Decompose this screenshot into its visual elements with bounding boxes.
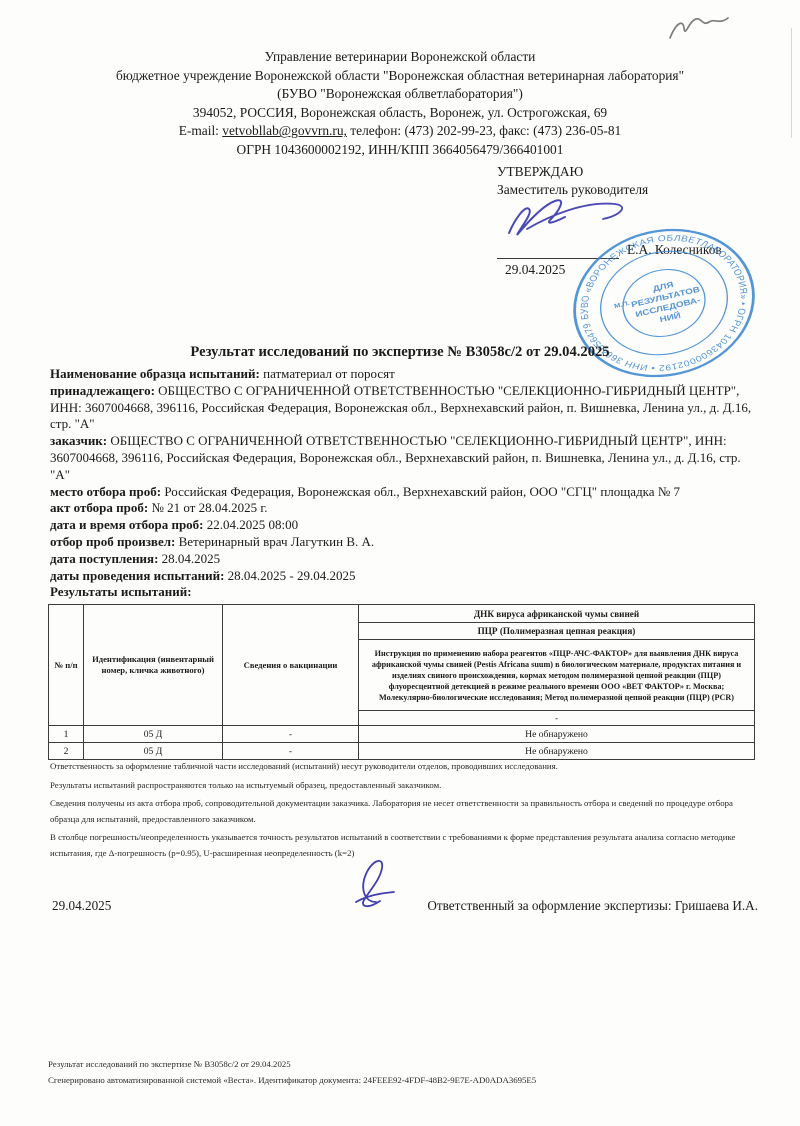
approve-word: УТВЕРЖДАЮ: [497, 163, 777, 181]
org-ogrn-inn: ОГРН 1043600002192, ИНН/КПП 3664056479/3…: [0, 141, 800, 160]
footnote-uncertainty: В столбце погрешность/неопределенность у…: [50, 830, 764, 861]
field-receipt-date: дата поступления: 28.04.2025: [50, 551, 762, 568]
org-name-line3: (БУВО "Воронежская облветлаборатория"): [0, 85, 800, 104]
handwritten-pencil-mark: [662, 8, 754, 50]
field-label: Наименование образца испытаний:: [50, 366, 260, 381]
field-value: 28.04.2025: [162, 551, 221, 566]
field-owner: принадлежащего: ОБЩЕСТВО С ОГРАНИЧЕННОЙ …: [50, 383, 762, 433]
footnote-sampling-info: Сведения получены из акта отбора проб, с…: [50, 796, 764, 827]
field-label: принадлежащего:: [50, 383, 155, 398]
field-label: даты проведения испытаний:: [50, 568, 224, 583]
field-sample-name: Наименование образца испытаний: патматер…: [50, 366, 762, 383]
row-num: 1: [49, 726, 84, 743]
field-sampling-place: место отбора проб: Российская Федерация,…: [50, 484, 762, 501]
signoff-row: 29.04.2025 Ответственный за оформление э…: [52, 898, 758, 914]
footer-expertise-line: Результат исследований по экспертизе № В…: [48, 1057, 760, 1073]
results-table: № п/п Идентификация (инвентарный номер, …: [48, 604, 755, 760]
org-name-line2: бюджетное учреждение Воронежской области…: [0, 67, 800, 86]
field-label: дата и время отбора проб:: [50, 517, 204, 532]
footnote-scope: Результаты испытаний распространяются то…: [50, 778, 764, 794]
field-value: Ветеринарный врач Лагуткин В. А.: [179, 534, 375, 549]
org-header: Управление ветеринарии Воронежской облас…: [0, 48, 800, 160]
org-address: 394052, РОССИЯ, Воронежская область, Вор…: [0, 104, 800, 123]
field-label: акт отбора проб:: [50, 500, 148, 515]
document-title: Результат исследований по экспертизе № В…: [0, 344, 800, 361]
field-value: ОБЩЕСТВО С ОГРАНИЧЕННОЙ ОТВЕТСТВЕННОСТЬЮ…: [50, 383, 751, 432]
header-units: -: [359, 711, 755, 726]
field-results-heading: Результаты испытаний:: [50, 584, 762, 601]
org-name-line1: Управление ветеринарии Воронежской облас…: [0, 48, 800, 67]
footer-generated-line: Сгенерировано автоматизированной системо…: [48, 1073, 760, 1089]
field-label: Результаты испытаний:: [50, 584, 192, 599]
field-sampling-act: акт отбора проб: № 21 от 28.04.2025 г.: [50, 500, 762, 517]
org-contacts: E-mail: vetvobllab@govvrn.ru, телефон: (…: [0, 122, 800, 141]
email-label: E-mail:: [179, 123, 219, 138]
row-num: 2: [49, 743, 84, 760]
field-sampling-datetime: дата и время отбора проб: 22.04.2025 08:…: [50, 517, 762, 534]
field-sampler: отбор проб произвел: Ветеринарный врач Л…: [50, 534, 762, 551]
signoff-date: 29.04.2025: [52, 898, 111, 914]
phone-fax: телефон: (473) 202-99-23, факс: (473) 23…: [350, 123, 621, 138]
row-vaccination: -: [223, 726, 359, 743]
col-header-vaccination: Сведения о вакцинации: [223, 605, 359, 726]
field-value: 28.04.2025 - 29.04.2025: [228, 568, 356, 583]
table-row: 1 05 Д - Не обнаружено: [49, 726, 755, 743]
stamp-mp-label: М.П.: [614, 300, 631, 310]
scanned-lab-report-page: Управление ветеринарии Воронежской облас…: [0, 0, 800, 1126]
field-test-dates: даты проведения испытаний: 28.04.2025 - …: [50, 568, 762, 585]
row-result: Не обнаружено: [359, 726, 755, 743]
field-label: место отбора проб:: [50, 484, 161, 499]
field-value: 22.04.2025 08:00: [207, 517, 298, 532]
row-result: Не обнаружено: [359, 743, 755, 760]
header-method-group: ПЦР (Полимеразная цепная реакция): [359, 623, 755, 640]
footnote-responsibility: Ответственность за оформление табличной …: [50, 759, 764, 775]
field-label: отбор проб произвел:: [50, 534, 175, 549]
row-identification: 05 Д: [84, 743, 223, 760]
row-vaccination: -: [223, 743, 359, 760]
header-row-analyte: № п/п Идентификация (инвентарный номер, …: [49, 605, 755, 623]
header-method: Инструкция по применению набора реагенто…: [359, 640, 755, 711]
field-customer: заказчик: ОБЩЕСТВО С ОГРАНИЧЕННОЙ ОТВЕТС…: [50, 433, 762, 483]
field-label: дата поступления:: [50, 551, 158, 566]
field-value: № 21 от 28.04.2025 г.: [151, 500, 267, 515]
header-analyte: ДНК вируса африканской чумы свиней: [359, 605, 755, 623]
field-value: патматериал от поросят: [263, 366, 395, 381]
footnotes: Ответственность за оформление табличной …: [50, 759, 764, 865]
signoff-responsible: Ответственный за оформление экспертизы: …: [427, 898, 758, 914]
row-identification: 05 Д: [84, 726, 223, 743]
report-fields: Наименование образца испытаний: патматер…: [50, 366, 762, 601]
col-header-num: № п/п: [49, 605, 84, 726]
field-value: ОБЩЕСТВО С ОГРАНИЧЕННОЙ ОТВЕТСТВЕННОСТЬЮ…: [50, 433, 741, 482]
field-value: Российская Федерация, Воронежская обл., …: [164, 484, 680, 499]
document-footer: Результат исследований по экспертизе № В…: [48, 1057, 760, 1088]
email-link[interactable]: vetvobllab@govvrn.ru,: [222, 123, 347, 138]
table-row: 2 05 Д - Не обнаружено: [49, 743, 755, 760]
col-header-identification: Идентификация (инвентарный номер, кличка…: [84, 605, 223, 726]
field-label: заказчик:: [50, 433, 107, 448]
